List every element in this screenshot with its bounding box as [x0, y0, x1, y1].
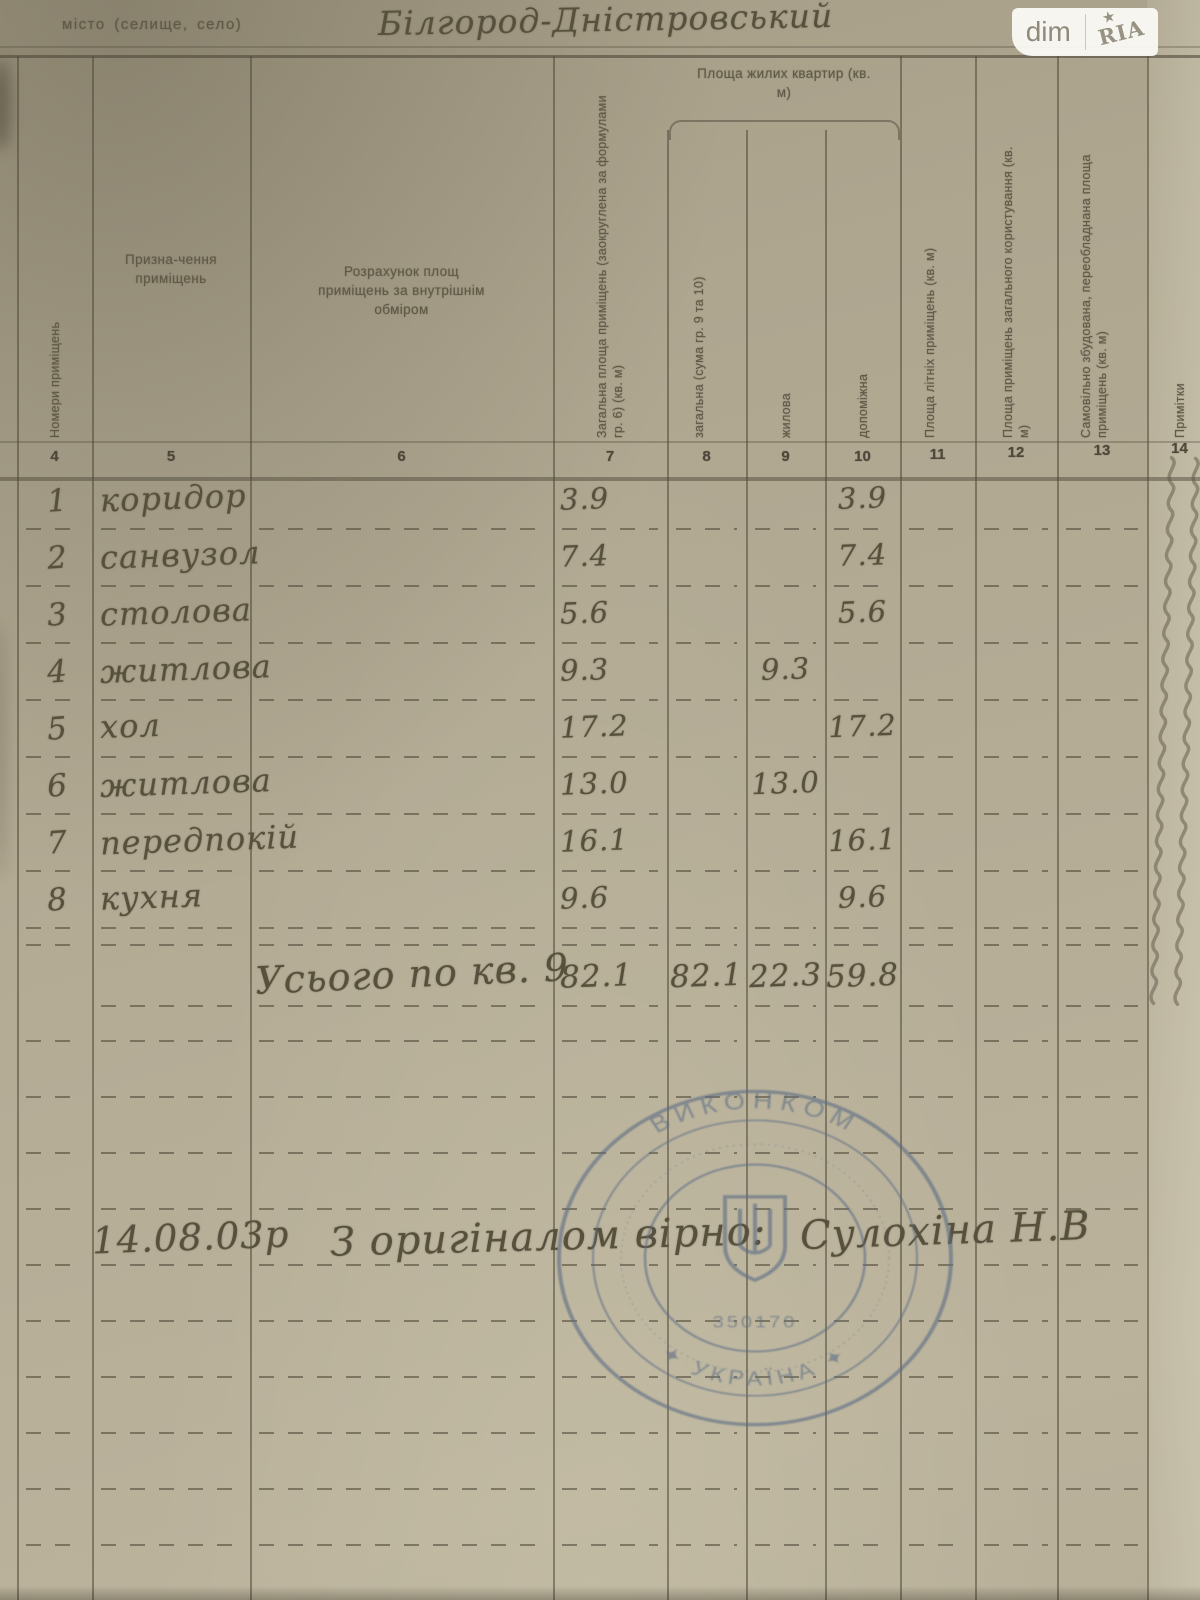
photo-watermark: dim ★ RIA	[1012, 8, 1158, 56]
certification-date: 14.08.03р	[91, 1213, 290, 1263]
document-photo: місто (селище, село) Білгород-Дністровсь…	[0, 0, 1200, 1600]
photo-edge-shadow	[0, 1586, 1200, 1600]
stamp-number: 350170	[713, 1312, 798, 1331]
svg-text:ВИКОНКОМ: ВИКОНКОМ	[645, 1088, 865, 1138]
trident-emblem	[725, 1197, 785, 1280]
watermark-ria-logo: ★ RIA	[1086, 20, 1159, 45]
watermark-dim-label: dim	[1012, 16, 1085, 48]
stamp-top-text: ВИКОНКОМ	[645, 1088, 865, 1138]
round-seal-stamp: ВИКОНКОМ ✦ УКРАЇНА ✦ 350170	[530, 1060, 980, 1450]
